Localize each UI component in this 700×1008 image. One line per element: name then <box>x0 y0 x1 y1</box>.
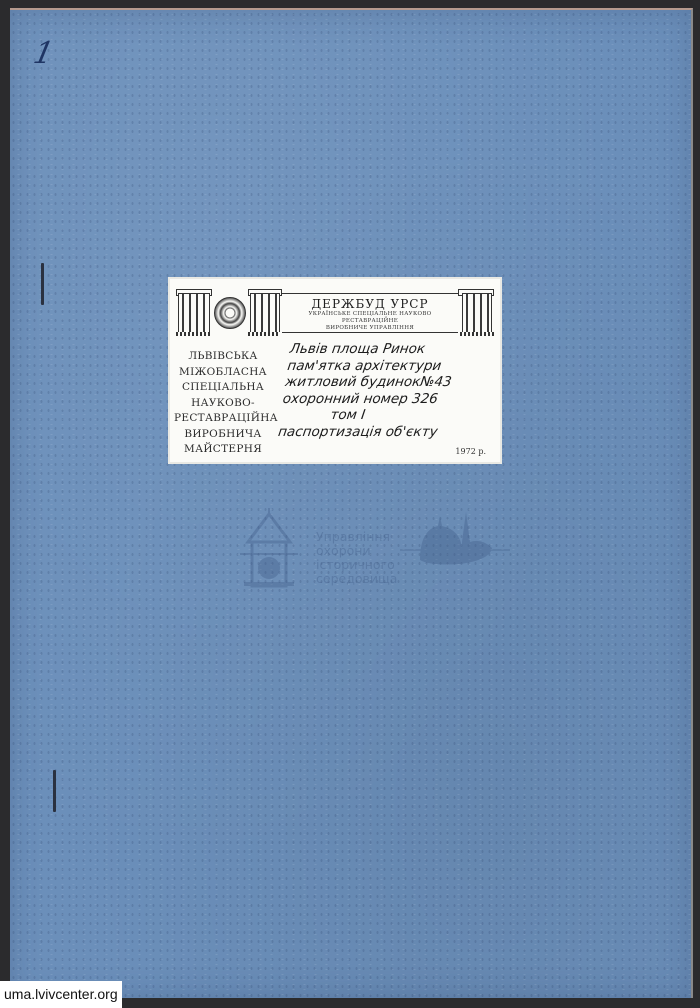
building-line: житловий будинок№43 <box>284 374 501 391</box>
document-cover: 1 <box>10 8 693 998</box>
organization-name: ЛЬВІВСЬКА МІЖОБЛАСНА СПЕЦІАЛЬНА НАУКОВО-… <box>174 349 272 458</box>
org-line: ЛЬВІВСЬКА <box>174 349 272 365</box>
rosette-emblem-icon <box>214 297 246 329</box>
label-year: 1972 р. <box>455 447 486 456</box>
label-header-ornament: ДЕРЖБУД УРСР УКРАЇНСЬКЕ СПЕЦІАЛЬНЕ НАУКО… <box>176 287 494 337</box>
cover-label: ДЕРЖБУД УРСР УКРАЇНСЬКЕ СПЕЦІАЛЬНЕ НАУКО… <box>168 277 502 464</box>
column-base <box>176 332 210 336</box>
purpose-line: паспортизація об'єкту <box>277 424 494 441</box>
column-base <box>460 332 494 336</box>
staple-mark-top <box>41 263 44 305</box>
column-icon <box>250 293 280 333</box>
column-base <box>248 332 280 336</box>
volume-line: том I <box>279 407 496 424</box>
header-plaque: ДЕРЖБУД УРСР УКРАЇНСЬКЕ СПЕЦІАЛЬНЕ НАУКО… <box>282 293 458 333</box>
monument-type-line: пам'ятка архітектури <box>286 358 503 375</box>
org-line: МАЙСТЕРНЯ <box>174 442 272 458</box>
header-subtitle-line1: УКРАЇНСЬКЕ СПЕЦІАЛЬНЕ НАУКОВО РЕСТАВРАЦІ… <box>282 311 458 325</box>
org-line: РЕСТАВРАЦІЙНА <box>174 411 272 427</box>
header-title: ДЕРЖБУД УРСР <box>282 297 458 311</box>
address-line: Львів площа Ринок <box>289 341 506 358</box>
org-line: ВИРОБНИЧА <box>174 427 272 443</box>
org-line: НАУКОВО- <box>174 396 272 412</box>
column-icon <box>178 293 210 333</box>
org-line: СПЕЦІАЛЬНА <box>174 380 272 396</box>
staple-mark-bottom <box>53 770 56 812</box>
source-watermark: uma.lvivcenter.org <box>0 981 122 1008</box>
handwritten-page-number: 1 <box>30 36 57 71</box>
column-icon <box>462 293 492 333</box>
org-line: МІЖОБЛАСНА <box>174 365 272 381</box>
header-subtitle-line2: ВИРОБНИЧЕ УПРАВЛІННЯ <box>282 325 458 332</box>
protection-number-line: охоронний номер 326 <box>282 391 499 408</box>
paper-texture <box>10 10 691 998</box>
handwritten-description: Львів площа Ринок пам'ятка архітектури ж… <box>277 341 506 440</box>
